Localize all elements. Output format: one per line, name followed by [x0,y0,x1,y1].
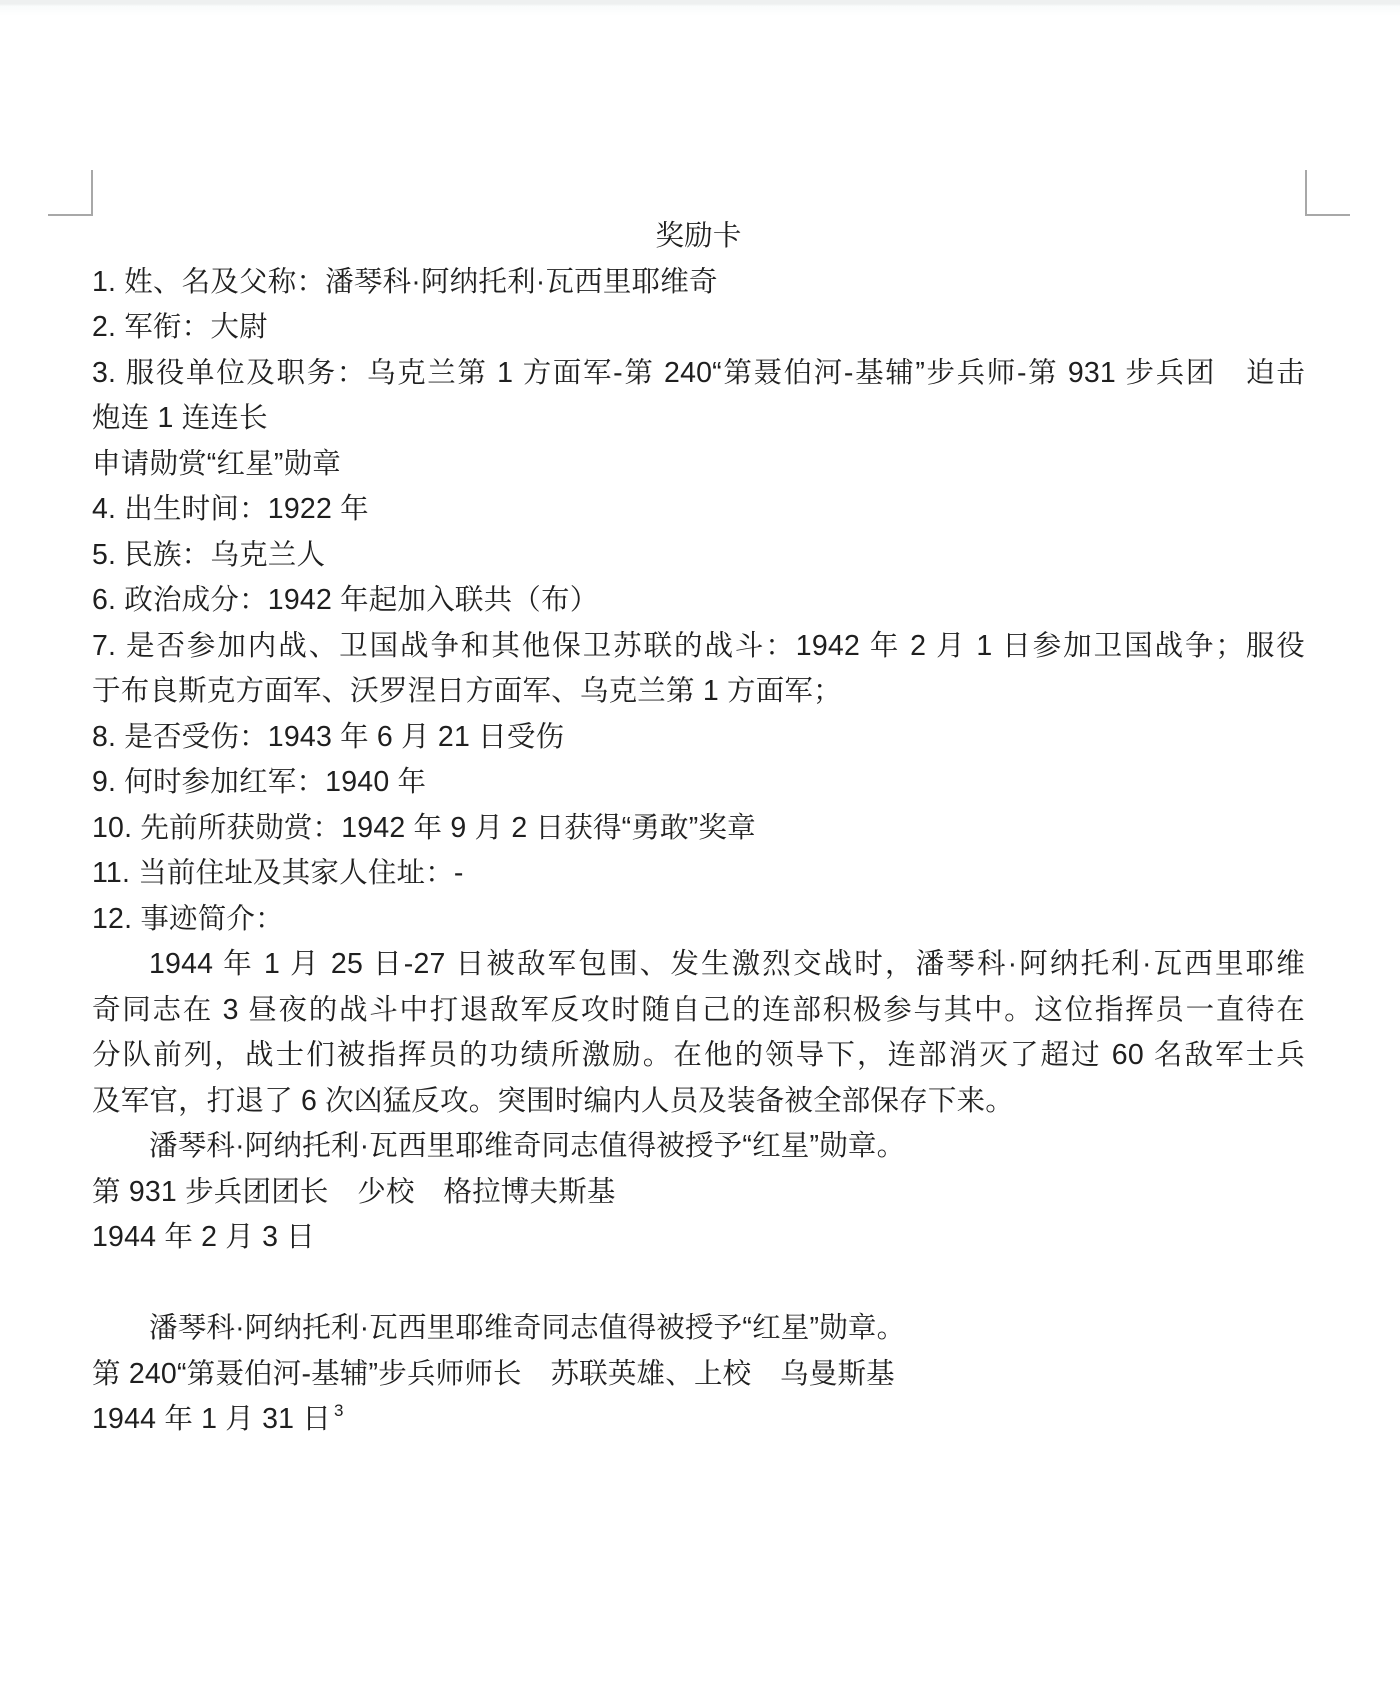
doc-line: 8. 是否受伤：1943 年 6 月 21 日受伤 [92,715,1305,761]
doc-line-text: 7. 是否参加内战、卫国战争和其他保卫苏联的战斗：1942 年 2 月 1 日参… [92,630,1305,662]
doc-line: 1944 年 1 月 25 日-27 日被敌军包围、发生激烈交战时，潘琴科·阿纳… [92,942,1305,988]
doc-line-text: 8. 是否受伤：1943 年 6 月 21 日受伤 [92,721,564,753]
doc-line-text: 4. 出生时间：1922 年 [92,493,369,525]
doc-line-text: 11. 当前住址及其家人住址：- [92,857,464,889]
doc-line: 1944 年 2 月 3 日 [92,1215,1305,1261]
doc-line: 3. 服役单位及职务：乌克兰第 1 方面军-第 240“第聂伯河-基辅”步兵师-… [92,351,1305,397]
doc-line: 及军官，打退了 6 次凶猛反攻。突围时编内人员及装备被全部保存下来。 [92,1079,1305,1125]
doc-line: 申请勋赏“红星”勋章 [92,442,1305,488]
doc-line: 潘琴科·阿纳托利·瓦西里耶维奇同志值得被授予“红星”勋章。 [92,1306,1305,1352]
doc-line: 潘琴科·阿纳托利·瓦西里耶维奇同志值得被授予“红星”勋章。 [92,1124,1305,1170]
doc-line-text: 于布良斯克方面军、沃罗涅日方面军、乌克兰第 1 方面军； [92,675,842,707]
doc-line-text: 9. 何时参加红军：1940 年 [92,766,426,798]
doc-line: 炮连 1 连连长 [92,396,1305,442]
doc-line: 4. 出生时间：1922 年 [92,487,1305,533]
margin-crop-mark-top-left [48,170,93,216]
doc-line: 5. 民族：乌克兰人 [92,533,1305,579]
page: { "page": { "background": "#ffffff", "te… [0,0,1400,1681]
blank-line [92,1261,1305,1307]
doc-line-text: 1944 年 2 月 3 日 [92,1221,315,1253]
document-title: 奖励卡 [92,214,1305,260]
doc-line: 奇同志在 3 昼夜的战斗中打退敌军反攻时随自己的连部积极参与其中。这位指挥员一直… [92,988,1305,1034]
doc-line-text: 5. 民族：乌克兰人 [92,539,325,571]
doc-line: 10. 先前所获勋赏：1942 年 9 月 2 日获得“勇敢”奖章 [92,806,1305,852]
doc-line-text: 1944 年 1 月 31 日 [92,1403,331,1435]
doc-line-text: 潘琴科·阿纳托利·瓦西里耶维奇同志值得被授予“红星”勋章。 [149,1130,905,1162]
footnote-ref: 3 [334,1401,344,1420]
doc-line-text: 3. 服役单位及职务：乌克兰第 1 方面军-第 240“第聂伯河-基辅”步兵师-… [92,357,1305,389]
doc-line: 分队前列，战士们被指挥员的功绩所激励。在他的领导下，连部消灭了超过 60 名敌军… [92,1033,1305,1079]
doc-line-text: 第 240“第聂伯河-基辅”步兵师师长 苏联英雄、上校 乌曼斯基 [92,1358,895,1390]
doc-line-text: 及军官，打退了 6 次凶猛反攻。突围时编内人员及装备被全部保存下来。 [92,1085,1014,1117]
doc-line-text: 潘琴科·阿纳托利·瓦西里耶维奇同志值得被授予“红星”勋章。 [149,1312,905,1344]
doc-line: 1. 姓、名及父称：潘琴科·阿纳托利·瓦西里耶维奇 [92,260,1305,306]
doc-line: 11. 当前住址及其家人住址：- [92,851,1305,897]
doc-line-text: 6. 政治成分：1942 年起加入联共（布） [92,584,598,616]
doc-line: 于布良斯克方面军、沃罗涅日方面军、乌克兰第 1 方面军； [92,669,1305,715]
page-top-edge [0,0,1400,16]
doc-line: 7. 是否参加内战、卫国战争和其他保卫苏联的战斗：1942 年 2 月 1 日参… [92,624,1305,670]
doc-line: 2. 军衔：大尉 [92,305,1305,351]
doc-line: 第 240“第聂伯河-基辅”步兵师师长 苏联英雄、上校 乌曼斯基 [92,1352,1305,1398]
doc-line-text: 1944 年 1 月 25 日-27 日被敌军包围、发生激烈交战时，潘琴科·阿纳… [149,948,1305,980]
doc-line: 9. 何时参加红军：1940 年 [92,760,1305,806]
doc-line-text: 2. 军衔：大尉 [92,311,268,343]
doc-line: 6. 政治成分：1942 年起加入联共（布） [92,578,1305,624]
doc-line-text: 炮连 1 连连长 [92,402,268,434]
date-with-footnote: 1944 年 1 月 31 日3 [92,1397,1305,1443]
doc-line-text: 10. 先前所获勋赏：1942 年 9 月 2 日获得“勇敢”奖章 [92,812,756,844]
doc-line-text: 1. 姓、名及父称：潘琴科·阿纳托利·瓦西里耶维奇 [92,266,718,298]
doc-line: 第 931 步兵团团长 少校 格拉博夫斯基 [92,1170,1305,1216]
doc-line-text: 申请勋赏“红星”勋章 [92,448,341,480]
doc-line-text: 奖励卡 [655,220,741,252]
margin-crop-mark-top-right [1305,170,1350,216]
doc-line-text: 奇同志在 3 昼夜的战斗中打退敌军反攻时随自己的连部积极参与其中。这位指挥员一直… [92,994,1305,1026]
doc-line-text: 12. 事迹简介： [92,903,284,935]
doc-line: 12. 事迹简介： [92,897,1305,943]
doc-line-text: 第 931 步兵团团长 少校 格拉博夫斯基 [92,1176,616,1208]
document-body: 奖励卡1. 姓、名及父称：潘琴科·阿纳托利·瓦西里耶维奇2. 军衔：大尉3. 服… [92,214,1305,1443]
doc-line-text: 分队前列，战士们被指挥员的功绩所激励。在他的领导下，连部消灭了超过 60 名敌军… [92,1039,1305,1071]
